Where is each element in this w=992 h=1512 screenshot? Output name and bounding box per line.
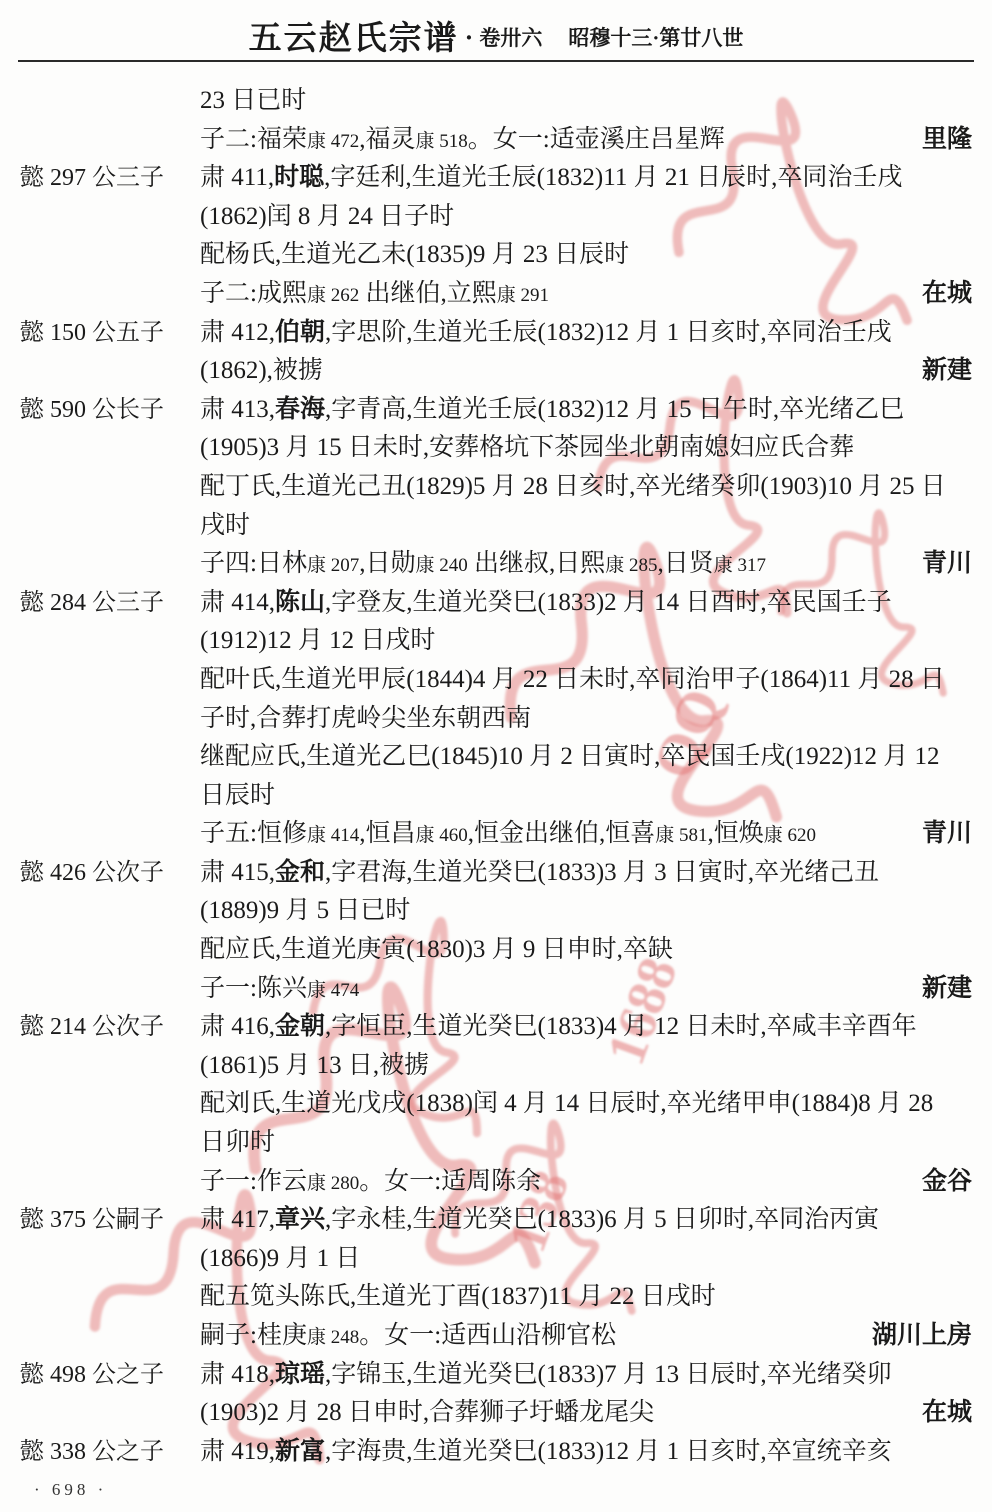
residence-label: 在城 [922, 275, 972, 314]
text-segment: 子四:日林 [200, 550, 307, 577]
residence-label: 在城 [922, 1394, 972, 1433]
entry-text: 肃 412,伯朝,字思阶,生道光壬辰(1832)12 月 1 日亥时,卒同治壬戌 [200, 314, 966, 353]
text-segment: 23 日已时 [200, 87, 306, 114]
entry-line: (1905)3 月 15 日未时,安葬格坑下茶园坐北朝南媳妇应氏合葬 [20, 429, 972, 468]
entry-line: 子五:恒修康 414,恒昌康 460,恒金出继伯,恒喜康 581,恒焕康 620… [20, 815, 972, 854]
text-segment: ,福灵 [359, 126, 415, 153]
entry-text: 肃 418,琼瑶,字锦玉,生道光癸巳(1833)7 月 13 日辰时,卒光绪癸卯 [200, 1356, 966, 1395]
entry-line: (1889)9 月 5 日已时 [20, 892, 972, 931]
entry-line: 继配应氏,生道光乙巳(1845)10 月 2 日寅时,卒民国壬戌(1922)12… [20, 738, 972, 777]
entry-text: (1866)9 月 1 日 [200, 1240, 966, 1279]
entry-text: 配叶氏,生道光甲辰(1844)4 月 22 日未时,卒同治甲子(1864)11 … [200, 661, 966, 700]
registry-number: 康 291 [497, 285, 549, 306]
registry-number: 康 280 [307, 1173, 359, 1194]
entry-text: 肃 419,新富,字海贵,生道光癸巳(1833)12 月 1 日亥时,卒宣统辛亥 [200, 1433, 966, 1472]
entry-text: (1861)5 月 13 日,被掳 [200, 1047, 966, 1086]
text-segment: ,字思阶,生道光壬辰(1832)12 月 1 日亥时,卒同治壬戌 [325, 319, 892, 346]
text-segment: 肃 414, [200, 589, 275, 616]
registry-number: 康 207 [307, 555, 359, 576]
registry-number: 康 317 [714, 555, 766, 576]
text-segment: 配五笕头陈氏,生道光丁酉(1837)11 月 22 日戌时 [200, 1283, 716, 1310]
text-segment: (1912)12 月 12 日戌时 [200, 627, 435, 654]
entry-lines: 23 日已时子二:福荣康 472,福灵康 518。女一:适壶溪庄吕星辉里隆懿 2… [20, 82, 972, 1471]
entry-line: 懿 375 公嗣子肃 417,章兴,字永桂,生道光癸巳(1833)6 月 5 日… [20, 1201, 972, 1240]
text-segment: 日卯时 [200, 1129, 275, 1156]
entry-text: 日辰时 [200, 777, 966, 816]
text-segment: ,字登友,生道光癸巳(1833)2 月 14 日酉时,卒民国壬子 [325, 589, 892, 616]
entry-line: 日卯时 [20, 1124, 972, 1163]
text-segment: 戌时 [200, 512, 250, 539]
registry-number: 康 248 [307, 1327, 359, 1348]
entry-line: 配五笕头陈氏,生道光丁酉(1837)11 月 22 日戌时 [20, 1278, 972, 1317]
entry-text: (1903)2 月 28 日申时,合葬狮子圩蟠龙尾尖 [200, 1394, 916, 1433]
text-segment: ,恒昌 [359, 820, 415, 847]
entry-text: 子一:陈兴康 474 [200, 970, 916, 1011]
registry-number: 康 262 [307, 285, 359, 306]
entry-line: (1903)2 月 28 日申时,合葬狮子圩蟠龙尾尖在城 [20, 1394, 972, 1433]
header-rule [18, 60, 974, 62]
text-segment: ,字锦玉,生道光癸巳(1833)7 月 13 日辰时,卒光绪癸卯 [325, 1361, 892, 1388]
page-footer: · 698 · [34, 1480, 107, 1500]
person-name: 金朝 [275, 1013, 325, 1040]
text-segment: ,字廷利,生道光壬辰(1832)11 月 21 日辰时,卒同治壬戌 [324, 164, 902, 191]
book-title: 五云赵氏宗谱 [249, 21, 459, 57]
entry-text: (1862),被掳 [200, 352, 916, 391]
entry-text: 日卯时 [200, 1124, 966, 1163]
text-segment: (1903)2 月 28 日申时,合葬狮子圩蟠龙尾尖 [200, 1399, 654, 1426]
residence-label: 青川 [922, 815, 972, 854]
person-name: 伯朝 [275, 319, 325, 346]
text-segment: 子一:作云 [200, 1168, 307, 1195]
entry-text: 戌时 [200, 507, 966, 546]
entry-text: 子二:成熙康 262 出继伯,立熙康 291 [200, 275, 916, 316]
entry-text: 肃 417,章兴,字永桂,生道光癸巳(1833)6 月 5 日卯时,卒同治丙寅 [200, 1201, 966, 1240]
generation-label: 懿 297 公三子 [20, 159, 200, 198]
entry-text: (1912)12 月 12 日戌时 [200, 622, 966, 661]
entry-line: 懿 214 公次子肃 416,金朝,字恒臣,生道光癸巳(1833)4 月 12 … [20, 1008, 972, 1047]
text-segment: (1905)3 月 15 日未时,安葬格坑下茶园坐北朝南媳妇应氏合葬 [200, 434, 854, 461]
text-segment: 肃 415, [200, 859, 275, 886]
text-segment: (1862)闰 8 月 24 日子时 [200, 203, 454, 230]
text-segment: 出继伯,立熙 [359, 280, 497, 307]
text-segment: ,日贤 [658, 550, 714, 577]
volume-label: 卷卅六 [479, 26, 542, 50]
person-name: 琼瑶 [275, 1361, 325, 1388]
text-segment: (1866)9 月 1 日 [200, 1245, 360, 1272]
page-number: · 698 · [34, 1480, 107, 1499]
entry-line: (1862),被掳新建 [20, 352, 972, 391]
person-name: 陈山 [275, 589, 325, 616]
entry-text: 配刘氏,生道光戊戌(1838)闰 4 月 14 日辰时,卒光绪甲申(1884)8… [200, 1085, 966, 1124]
text-segment: 子二:福荣 [200, 126, 307, 153]
residence-label: 新建 [922, 352, 972, 391]
entry-text: 嗣子:桂庚康 248。女一:适西山沿柳官松 [200, 1317, 866, 1358]
registry-number: 康 472 [307, 131, 359, 152]
entry-text: 肃 413,春海,字青高,生道光壬辰(1832)12 月 15 日午时,卒光绪乙… [200, 391, 966, 430]
person-name: 新富 [275, 1438, 325, 1465]
entry-line: 配应氏,生道光庚寅(1830)3 月 9 日申时,卒缺 [20, 931, 972, 970]
registry-number: 康 414 [307, 825, 359, 846]
text-segment: 肃 418, [200, 1361, 275, 1388]
entry-line: 子时,合葬打虎岭尖坐东朝西南 [20, 700, 972, 739]
entry-text: (1889)9 月 5 日已时 [200, 892, 966, 931]
residence-label: 金谷 [922, 1163, 972, 1202]
text-segment: 肃 417, [200, 1206, 275, 1233]
entry-text: 子四:日林康 207,日勋康 240 出继叔,日熙康 285,日贤康 317 [200, 545, 916, 586]
text-segment: 继配应氏,生道光乙巳(1845)10 月 2 日寅时,卒民国壬戌(1922)12… [200, 743, 940, 770]
entry-text: 肃 411,时聪,字廷利,生道光壬辰(1832)11 月 21 日辰时,卒同治壬… [200, 159, 966, 198]
generation-label: 懿 284 公三子 [20, 584, 200, 623]
generation-label: 懿 214 公次子 [20, 1008, 200, 1047]
registry-number: 康 581 [655, 825, 707, 846]
registry-number: 康 620 [764, 825, 816, 846]
entry-line: 23 日已时 [20, 82, 972, 121]
entry-line: 配丁氏,生道光己丑(1829)5 月 28 日亥时,卒光绪癸卯(1903)10 … [20, 468, 972, 507]
entry-text: 子一:作云康 280。女一:适周陈余 [200, 1163, 916, 1204]
entry-line: 配刘氏,生道光戊戌(1838)闰 4 月 14 日辰时,卒光绪甲申(1884)8… [20, 1085, 972, 1124]
entry-line: 懿 338 公之子肃 419,新富,字海贵,生道光癸巳(1833)12 月 1 … [20, 1433, 972, 1472]
text-segment: (1862),被掳 [200, 357, 323, 384]
residence-label: 新建 [922, 970, 972, 1009]
text-segment: 配杨氏,生道光乙未(1835)9 月 23 日辰时 [200, 241, 629, 268]
entry-line: (1912)12 月 12 日戌时 [20, 622, 972, 661]
entry-line: 懿 498 公之子肃 418,琼瑶,字锦玉,生道光癸巳(1833)7 月 13 … [20, 1356, 972, 1395]
entry-line: 懿 150 公五子肃 412,伯朝,字思阶,生道光壬辰(1832)12 月 1 … [20, 314, 972, 353]
text-segment: 子一:陈兴 [200, 975, 307, 1002]
text-segment: ,字海贵,生道光癸巳(1833)12 月 1 日亥时,卒宣统辛亥 [325, 1438, 892, 1465]
registry-number: 康 240 [415, 555, 467, 576]
text-segment: 肃 413, [200, 396, 275, 423]
entry-text: (1862)闰 8 月 24 日子时 [200, 198, 966, 237]
text-segment: ,恒焕 [708, 820, 764, 847]
entry-line: 配叶氏,生道光甲辰(1844)4 月 22 日未时,卒同治甲子(1864)11 … [20, 661, 972, 700]
text-segment: 嗣子:桂庚 [200, 1322, 307, 1349]
text-segment: 配刘氏,生道光戊戌(1838)闰 4 月 14 日辰时,卒光绪甲申(1884)8… [200, 1090, 933, 1117]
text-segment: 肃 416, [200, 1013, 275, 1040]
text-segment: 子二:成熙 [200, 280, 307, 307]
entry-text: 配杨氏,生道光乙未(1835)9 月 23 日辰时 [200, 236, 966, 275]
entry-text: (1905)3 月 15 日未时,安葬格坑下茶园坐北朝南媳妇应氏合葬 [200, 429, 966, 468]
text-segment: 。女一:适周陈余 [359, 1168, 541, 1195]
entry-line: 懿 284 公三子肃 414,陈山,字登友,生道光癸巳(1833)2 月 14 … [20, 584, 972, 623]
registry-number: 康 285 [605, 555, 657, 576]
text-segment: ,恒金出继伯,恒喜 [468, 820, 656, 847]
person-name: 春海 [275, 396, 325, 423]
text-segment: 配丁氏,生道光己丑(1829)5 月 28 日亥时,卒光绪癸卯(1903)10 … [200, 473, 946, 500]
entry-line: (1862)闰 8 月 24 日子时 [20, 198, 972, 237]
entry-line: 子一:作云康 280。女一:适周陈余金谷 [20, 1163, 972, 1202]
entry-text: 配丁氏,生道光己丑(1829)5 月 28 日亥时,卒光绪癸卯(1903)10 … [200, 468, 966, 507]
entry-text: 继配应氏,生道光乙巳(1845)10 月 2 日寅时,卒民国壬戌(1922)12… [200, 738, 966, 777]
text-segment: 肃 412, [200, 319, 275, 346]
title-separator-dot: · [465, 23, 474, 52]
residence-label: 里隆 [922, 121, 972, 160]
entry-line: 子二:成熙康 262 出继伯,立熙康 291在城 [20, 275, 972, 314]
generation-label: 懿 498 公之子 [20, 1356, 200, 1395]
person-name: 章兴 [275, 1206, 325, 1233]
entry-line: 嗣子:桂庚康 248。女一:适西山沿柳官松湖川上房 [20, 1317, 972, 1356]
text-segment: ,字君海,生道光癸巳(1833)3 月 3 日寅时,卒光绪己丑 [325, 859, 879, 886]
entry-line: 懿 426 公次子肃 415,金和,字君海,生道光癸巳(1833)3 月 3 日… [20, 854, 972, 893]
text-segment: ,字永桂,生道光癸巳(1833)6 月 5 日卯时,卒同治丙寅 [325, 1206, 879, 1233]
registry-number: 康 460 [415, 825, 467, 846]
text-segment: 肃 419, [200, 1438, 275, 1465]
entry-text: 配五笕头陈氏,生道光丁酉(1837)11 月 22 日戌时 [200, 1278, 966, 1317]
text-segment: 子五:恒修 [200, 820, 307, 847]
entry-line: 懿 590 公长子肃 413,春海,字青高,生道光壬辰(1832)12 月 15… [20, 391, 972, 430]
person-name: 金和 [275, 859, 325, 886]
entry-line: 子四:日林康 207,日勋康 240 出继叔,日熙康 285,日贤康 317青川 [20, 545, 972, 584]
residence-label: 青川 [922, 545, 972, 584]
genealogy-page: QQ 1688 138 五云赵氏宗谱·卷卅六昭穆十三·第廿八世 23 日已时子二… [0, 0, 992, 1512]
text-segment: ,日勋 [359, 550, 415, 577]
entry-line: 子二:福荣康 472,福灵康 518。女一:适壶溪庄吕星辉里隆 [20, 121, 972, 160]
text-segment: 出继叔,日熙 [468, 550, 606, 577]
registry-number: 康 474 [307, 980, 359, 1001]
text-segment: 。女一:适西山沿柳官松 [359, 1322, 616, 1349]
text-segment: (1889)9 月 5 日已时 [200, 897, 410, 924]
text-segment: (1861)5 月 13 日,被掳 [200, 1052, 429, 1079]
text-segment: 日辰时 [200, 782, 275, 809]
entry-line: (1861)5 月 13 日,被掳 [20, 1047, 972, 1086]
generation-label: 懿 338 公之子 [20, 1433, 200, 1472]
entry-text: 子五:恒修康 414,恒昌康 460,恒金出继伯,恒喜康 581,恒焕康 620 [200, 815, 916, 856]
residence-label: 湖川上房 [872, 1317, 972, 1356]
entry-text: 配应氏,生道光庚寅(1830)3 月 9 日申时,卒缺 [200, 931, 966, 970]
generation-label: 懿 590 公长子 [20, 391, 200, 430]
text-segment: 子时,合葬打虎岭尖坐东朝西南 [200, 705, 531, 732]
generation-label: 懿 375 公嗣子 [20, 1201, 200, 1240]
entry-line: (1866)9 月 1 日 [20, 1240, 972, 1279]
entry-text: 肃 415,金和,字君海,生道光癸巳(1833)3 月 3 日寅时,卒光绪己丑 [200, 854, 966, 893]
entry-text: 肃 416,金朝,字恒臣,生道光癸巳(1833)4 月 12 日未时,卒咸丰辛酉… [200, 1008, 966, 1047]
page-header: 五云赵氏宗谱·卷卅六昭穆十三·第廿八世 [0, 12, 992, 59]
entry-text: 肃 414,陈山,字登友,生道光癸巳(1833)2 月 14 日酉时,卒民国壬子 [200, 584, 966, 623]
entry-line: 日辰时 [20, 777, 972, 816]
entry-line: 子一:陈兴康 474新建 [20, 970, 972, 1009]
text-segment: 。女一:适壶溪庄吕星辉 [468, 126, 725, 153]
text-segment: 配叶氏,生道光甲辰(1844)4 月 22 日未时,卒同治甲子(1864)11 … [200, 666, 945, 693]
registry-number: 康 518 [415, 131, 467, 152]
person-name: 时聪 [274, 164, 324, 191]
entry-text: 子二:福荣康 472,福灵康 518。女一:适壶溪庄吕星辉 [200, 121, 916, 162]
text-segment: 肃 411, [200, 164, 274, 191]
entry-line: 戌时 [20, 507, 972, 546]
text-segment: ,字青高,生道光壬辰(1832)12 月 15 日午时,卒光绪乙巳 [325, 396, 904, 423]
text-segment: ,字恒臣,生道光癸巳(1833)4 月 12 日未时,卒咸丰辛酉年 [325, 1013, 917, 1040]
generation-label: 懿 150 公五子 [20, 314, 200, 353]
section-label: 昭穆十三·第廿八世 [568, 26, 743, 50]
generation-label: 懿 426 公次子 [20, 854, 200, 893]
entry-line: 配杨氏,生道光乙未(1835)9 月 23 日辰时 [20, 236, 972, 275]
entry-text: 23 日已时 [200, 82, 966, 121]
entry-text: 子时,合葬打虎岭尖坐东朝西南 [200, 700, 966, 739]
entry-line: 懿 297 公三子肃 411,时聪,字廷利,生道光壬辰(1832)11 月 21… [20, 159, 972, 198]
text-segment: 配应氏,生道光庚寅(1830)3 月 9 日申时,卒缺 [200, 936, 673, 963]
